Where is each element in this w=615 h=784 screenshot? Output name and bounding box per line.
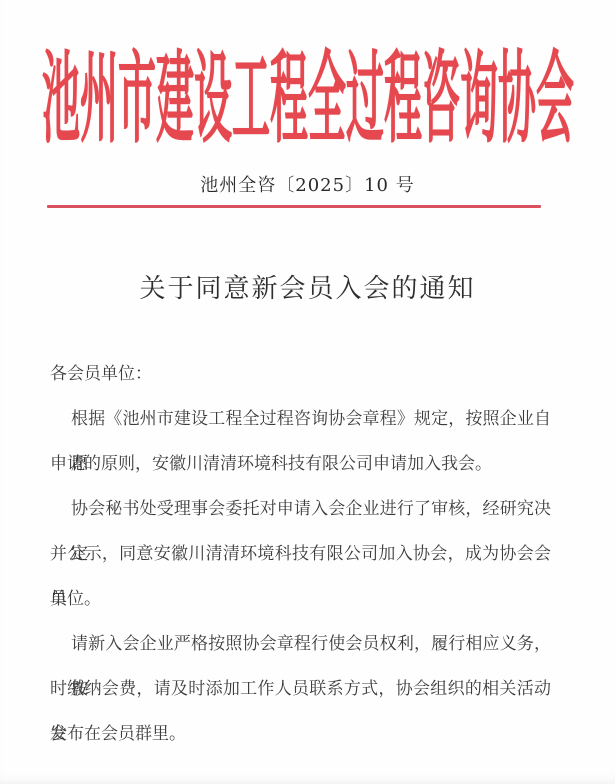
body-line: 根据《池州市建设工程全过程咨询协会章程》规定，按照企业自愿 [50, 397, 551, 442]
body-line: 单位。 [50, 577, 551, 622]
body-line: 时缴纳会费，请及时添加工作人员联系方式，协会组织的相关活动会 [50, 667, 551, 712]
body-line: 申请的原则，安徽川清清环境科技有限公司申请加入我会。 [50, 442, 551, 487]
red-header-banner: 池州市建设工程全过程咨询协会 [0, 46, 615, 156]
red-divider-rule [47, 205, 541, 208]
organization-name: 池州市建设工程全过程咨询协会 [42, 46, 574, 150]
body-line: 发布在会员群里。 [50, 712, 551, 757]
scanned-notice-document: 池州市建设工程全过程咨询协会 池州全咨〔2025〕10 号 关于同意新会员入会的… [0, 0, 615, 784]
body-line: 并公示，同意安徽川清清环境科技有限公司加入协会，成为协会会员 [50, 532, 551, 577]
body-line: 协会秘书处受理事会委托对申请入会企业进行了审核，经研究决定 [50, 487, 551, 532]
body-line: 请新入会企业严格按照协会章程行使会员权利，履行相应义务，按 [50, 622, 551, 667]
notice-body: 各会员单位： 根据《池州市建设工程全过程咨询协会章程》规定，按照企业自愿 申请的… [50, 352, 551, 757]
notice-title: 关于同意新会员入会的通知 [0, 274, 615, 304]
document-number: 池州全咨〔2025〕10 号 [0, 174, 615, 198]
salutation-line: 各会员单位： [50, 352, 551, 397]
